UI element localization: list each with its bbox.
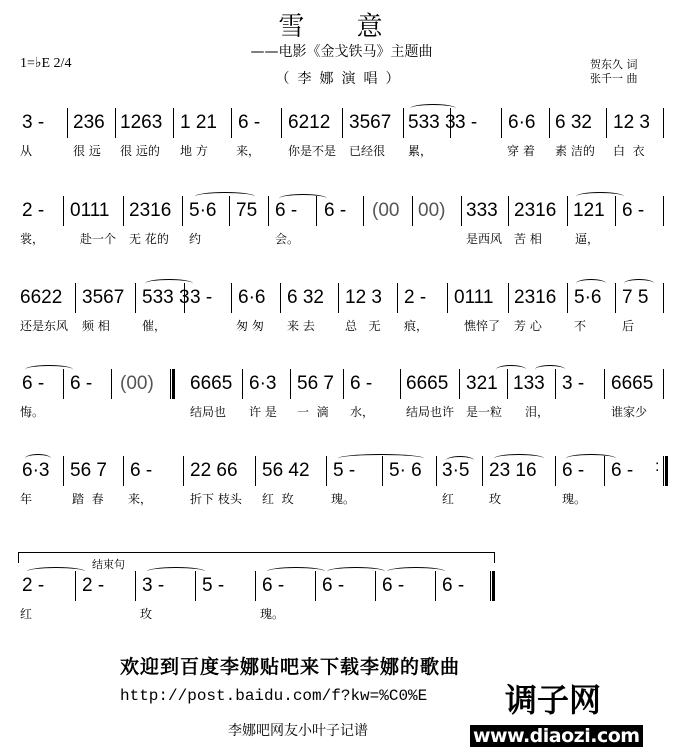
measure: 321: [466, 373, 498, 395]
slur: [576, 279, 606, 288]
measure: 3 -: [22, 112, 44, 134]
lyric: 结局也许: [406, 403, 454, 420]
measure: 3 -: [142, 575, 164, 597]
lyric: 泪，: [525, 403, 549, 420]
slur: [279, 194, 327, 203]
lyric: 后: [622, 317, 634, 334]
lyric: 素 洁的: [555, 142, 595, 159]
lyric: 来，: [236, 142, 260, 159]
bar-line: [508, 283, 509, 313]
measure: 6 -: [611, 460, 633, 482]
bar-line: [400, 369, 401, 399]
measure: 00): [418, 200, 445, 222]
measure: (00): [120, 373, 154, 395]
lyric: 逼，: [575, 230, 599, 247]
measure: 22 66: [190, 460, 238, 482]
bar-line: [229, 196, 230, 226]
repeat-end-barline: [663, 456, 668, 486]
lyric: 来 去: [287, 317, 315, 334]
bar-line: [63, 196, 64, 226]
lyric: 地 方: [180, 142, 208, 159]
bar-line: [75, 283, 76, 313]
lyric: 痕，: [404, 317, 428, 334]
measure: 5· 6: [389, 460, 422, 482]
lyric: 玫: [489, 490, 501, 507]
measure: 533 3: [408, 112, 456, 134]
welcome-text: 欢迎到百度李娜贴吧来下载李娜的歌曲: [120, 652, 460, 679]
measure: 1263: [120, 112, 162, 134]
slur: [27, 567, 85, 576]
score-row-6: 2 - 红 2 - 3 - 玫 5 - 6 - 瑰。 6 - 6 - 6 -: [0, 565, 683, 635]
measure: 6 -: [22, 373, 44, 395]
bar-line: [567, 196, 568, 226]
lyric: 谁家少: [611, 403, 647, 420]
measure: (00: [372, 200, 399, 222]
lyric: 催，: [142, 317, 166, 334]
measure: 6 -: [562, 460, 584, 482]
measure: 6622: [20, 287, 62, 309]
measure: 6 -: [275, 200, 297, 222]
lyric: 很 远: [73, 142, 101, 159]
lyric: 来，: [128, 490, 152, 507]
lyric: 很 远的: [120, 142, 160, 159]
bar-line: [450, 108, 451, 138]
bar-line: [123, 456, 124, 486]
bar-line: [363, 196, 364, 226]
song-title: 雪 意: [0, 6, 683, 43]
bar-line: [615, 196, 616, 226]
watermark-logo: 调子网: [505, 675, 601, 721]
bar-line: [606, 108, 607, 138]
measure: 6 32: [287, 287, 324, 309]
measure: 6665: [190, 373, 232, 395]
bar-line: [663, 196, 664, 226]
score-row-2: 2 - 裳， 0111 赴一个 2316 无 花的 5·6 约 75 6 - 会…: [0, 190, 683, 260]
measure: 5·6: [574, 287, 601, 309]
lyric: 年: [20, 490, 32, 507]
slur: [267, 567, 325, 576]
score-row-4: 6 - 悔。 6 - (00) 6665 结局也 6·3 许 是 56 7 一 …: [0, 363, 683, 433]
lyric: 红 玫: [262, 490, 294, 507]
final-barline: [490, 571, 495, 601]
bar-line: [184, 283, 185, 313]
bar-line: [290, 369, 291, 399]
measure: 56 7: [70, 460, 107, 482]
measure: 3567: [349, 112, 391, 134]
bar-line: [436, 456, 437, 486]
measure: 6665: [611, 373, 653, 395]
bar-line: [255, 456, 256, 486]
bar-line: [459, 369, 460, 399]
lyric: 已经很: [349, 142, 385, 159]
lyric: 还是东风: [20, 317, 68, 334]
lyric: 玫: [140, 605, 152, 622]
measure: 56 7: [297, 373, 334, 395]
bar-line: [173, 108, 174, 138]
measure: 2 -: [404, 287, 426, 309]
lyric: 穿 着: [507, 142, 535, 159]
measure: 2316: [514, 200, 556, 222]
bar-line: [397, 283, 398, 313]
lyricist: 贺东久 词: [590, 58, 638, 72]
measure: 236: [73, 112, 105, 134]
score-row-3: 6622 还是东风 3567 频 相 533 3 催， 3 - 6·6 匆 匆 …: [0, 277, 683, 347]
bar-line: [281, 108, 282, 138]
bar-line: [382, 456, 383, 486]
bar-line: [549, 108, 550, 138]
singer-credit: （李娜演唱）: [0, 68, 683, 88]
measure: 6·6: [238, 287, 265, 309]
measure: 6·6: [508, 112, 535, 134]
bar-line: [63, 369, 64, 399]
key-signature: 1=♭E 2/4: [20, 55, 71, 72]
bar-line: [123, 196, 124, 226]
measure: 6 -: [382, 575, 404, 597]
score-row-1: 3 - 从 236 很 远 1263 很 远的 1 21 地 方 6 - 来， …: [0, 102, 683, 172]
bar-line: [111, 369, 112, 399]
measure: 6·3: [22, 460, 49, 482]
measure: 3567: [82, 287, 124, 309]
lyric: 白 衣: [613, 142, 645, 159]
bar-line: [555, 369, 556, 399]
measure: 6 32: [555, 112, 592, 134]
measure: 333: [466, 200, 498, 222]
measure: 2 -: [22, 575, 44, 597]
lyric: 憔悴了: [464, 317, 500, 334]
measure: 121: [573, 200, 605, 222]
slur: [624, 279, 654, 288]
measure: 12 3: [345, 287, 382, 309]
measure: 6 -: [324, 200, 346, 222]
bar-line: [615, 283, 616, 313]
bar-line: [507, 369, 508, 399]
lyric: 无 花的: [129, 230, 169, 247]
bar-line: [663, 283, 664, 313]
measure: 6·3: [249, 373, 276, 395]
composer: 张千一 曲: [590, 72, 638, 86]
measure: 6 -: [70, 373, 92, 395]
bar-line: [343, 369, 344, 399]
bar-line: [461, 196, 462, 226]
measure: 5·6: [189, 200, 216, 222]
score-row-5: 6·3 年 56 7 踏 春 6 - 来， 22 66 折下 枝头 56 42 …: [0, 450, 683, 520]
lyric: 苦 相: [514, 230, 542, 247]
measure: 6 -: [238, 112, 260, 134]
slur: [327, 567, 385, 576]
bar-line: [231, 283, 232, 313]
lyric: 从: [20, 142, 32, 159]
credits: 贺东久 词 张千一 曲: [590, 58, 638, 86]
bar-line: [604, 369, 605, 399]
measure: 6 -: [622, 200, 644, 222]
ending-bracket: [18, 552, 495, 563]
bar-line: [663, 369, 664, 399]
slur: [446, 456, 474, 465]
measure: 6 -: [130, 460, 152, 482]
measure: 2 -: [82, 575, 104, 597]
lyric: 踏 春: [72, 490, 104, 507]
measure: 0111: [70, 200, 109, 222]
lyric: 是西风: [466, 230, 502, 247]
slur: [387, 567, 445, 576]
bar-line: [63, 456, 64, 486]
bar-line: [412, 196, 413, 226]
measure: 6 -: [442, 575, 464, 597]
lyric: 不: [574, 317, 586, 334]
bar-line: [182, 196, 183, 226]
slur: [25, 454, 51, 463]
measure: 533 3: [142, 287, 190, 309]
bar-line: [183, 456, 184, 486]
bar-line: [115, 108, 116, 138]
bar-line: [447, 283, 448, 313]
bar-line: [604, 456, 605, 486]
lyric: 频 相: [82, 317, 110, 334]
measure: 5 -: [202, 575, 224, 597]
slur: [494, 454, 544, 463]
slur: [566, 454, 616, 463]
lyric: 瑰。: [562, 490, 586, 507]
measure: 6665: [406, 373, 448, 395]
bar-line: [135, 571, 136, 601]
bar-line: [342, 108, 343, 138]
measure: 12 3: [613, 112, 650, 134]
lyric: 芳 心: [514, 317, 542, 334]
measure: 3 -: [190, 287, 212, 309]
bar-line: [567, 283, 568, 313]
bar-line: [316, 196, 317, 226]
bar-line: [663, 108, 664, 138]
bar-line: [67, 108, 68, 138]
measure: 0111: [454, 287, 493, 309]
song-subtitle: ——电影《金戈铁马》主题曲: [0, 41, 683, 61]
lyric: 约: [189, 230, 201, 247]
repeat-end-dots: :: [655, 458, 659, 476]
url-text: http://post.baidu.com/f?kw=%C0%E: [120, 687, 427, 705]
lyric: 水，: [350, 403, 374, 420]
measure: 6212: [288, 112, 330, 134]
slur: [25, 365, 73, 374]
bar-line: [75, 571, 76, 601]
lyric: 许 是: [249, 403, 277, 420]
measure: 3 -: [455, 112, 477, 134]
bar-line: [403, 108, 404, 138]
bar-line: [195, 571, 196, 601]
bar-line: [555, 456, 556, 486]
lyric: 赴一个: [80, 230, 116, 247]
lyric: 你是不是: [288, 142, 336, 159]
bar-line: [482, 456, 483, 486]
measure: 2316: [514, 287, 556, 309]
lyric: 折下 枝头: [190, 490, 242, 507]
transcriber-text: 李娜吧网友小叶子记谱: [228, 720, 368, 740]
slur: [535, 365, 565, 374]
measure: 23 16: [489, 460, 537, 482]
lyric: 结局也: [190, 403, 226, 420]
lyric: 瑰。: [260, 605, 284, 622]
lyric: 匆 匆: [236, 317, 264, 334]
bar-line: [135, 283, 136, 313]
lyric: 是一粒: [466, 403, 502, 420]
slur: [576, 192, 624, 201]
bar-line: [375, 571, 376, 601]
slur: [145, 279, 193, 288]
bar-line: [315, 571, 316, 601]
lyric: 红: [442, 490, 454, 507]
measure: 5 -: [333, 460, 355, 482]
measure: 56 42: [262, 460, 310, 482]
slur: [147, 567, 205, 576]
lyric: 红: [20, 605, 32, 622]
bar-line: [231, 108, 232, 138]
bar-line: [268, 196, 269, 226]
measure: 6 -: [350, 373, 372, 395]
bar-line: [508, 196, 509, 226]
measure: 133: [513, 373, 545, 395]
measure: 6 -: [262, 575, 284, 597]
bar-line: [255, 571, 256, 601]
measure: 6 -: [322, 575, 344, 597]
bar-line: [435, 571, 436, 601]
repeat-start-barline: [170, 369, 175, 399]
measure: 7 5: [622, 287, 648, 309]
measure: 1 21: [180, 112, 217, 134]
bar-line: [242, 369, 243, 399]
lyric: 裳，: [20, 230, 44, 247]
bar-line: [326, 456, 327, 486]
measure: 75: [236, 200, 257, 222]
measure: 2316: [129, 200, 171, 222]
lyric: 总 无: [345, 317, 380, 334]
lyric: 累，: [408, 142, 432, 159]
bar-line: [501, 108, 502, 138]
bar-line: [338, 283, 339, 313]
lyric: 瑰。: [331, 490, 355, 507]
measure: 2 -: [22, 200, 44, 222]
lyric: 悔。: [20, 403, 44, 420]
measure: 3 -: [562, 373, 584, 395]
lyric: 会。: [275, 230, 299, 247]
lyric: 一 滴: [297, 403, 329, 420]
bar-line: [280, 283, 281, 313]
watermark-url: www.diaozi.com: [470, 725, 643, 747]
